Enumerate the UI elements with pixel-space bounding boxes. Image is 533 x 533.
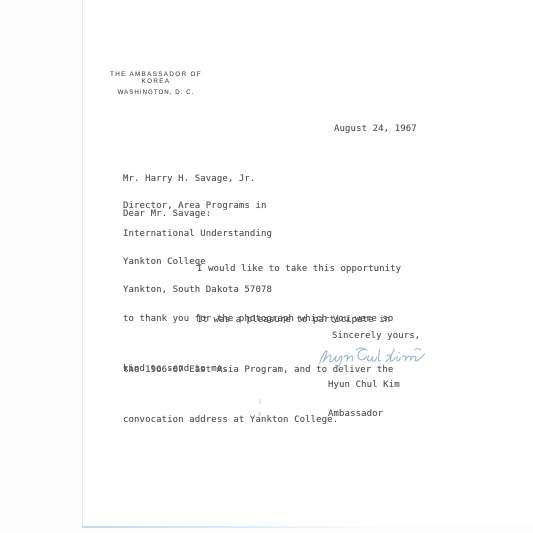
scan-artifact	[259, 399, 261, 404]
body-line: I would like to take this opportunity	[123, 261, 401, 278]
closing-line: Sincerely yours,	[332, 331, 420, 341]
scan-artifact	[258, 412, 261, 416]
scanned-letter: THE AMBASSADOR OF KOREA WASHINGTON, D. C…	[0, 0, 533, 533]
signature-block: Hyun Chul Kim Ambassador	[328, 362, 400, 439]
typed-signature-title: Ambassador	[328, 410, 400, 420]
letterhead: THE AMBASSADOR OF KOREA WASHINGTON, D. C…	[97, 71, 215, 96]
letterhead-title: THE AMBASSADOR OF KOREA	[97, 71, 215, 85]
typed-signature-name: Hyun Chul Kim	[328, 381, 400, 391]
address-line: Mr. Harry H. Savage, Jr.	[123, 175, 272, 184]
salutation: Dear Mr. Savage:	[123, 209, 211, 219]
date-line: August 24, 1967	[334, 124, 417, 134]
body-line: It was a pleasure to participate in	[123, 312, 393, 329]
paper-bottom-edge	[82, 526, 382, 528]
letterhead-location: WASHINGTON, D. C.	[97, 89, 215, 96]
